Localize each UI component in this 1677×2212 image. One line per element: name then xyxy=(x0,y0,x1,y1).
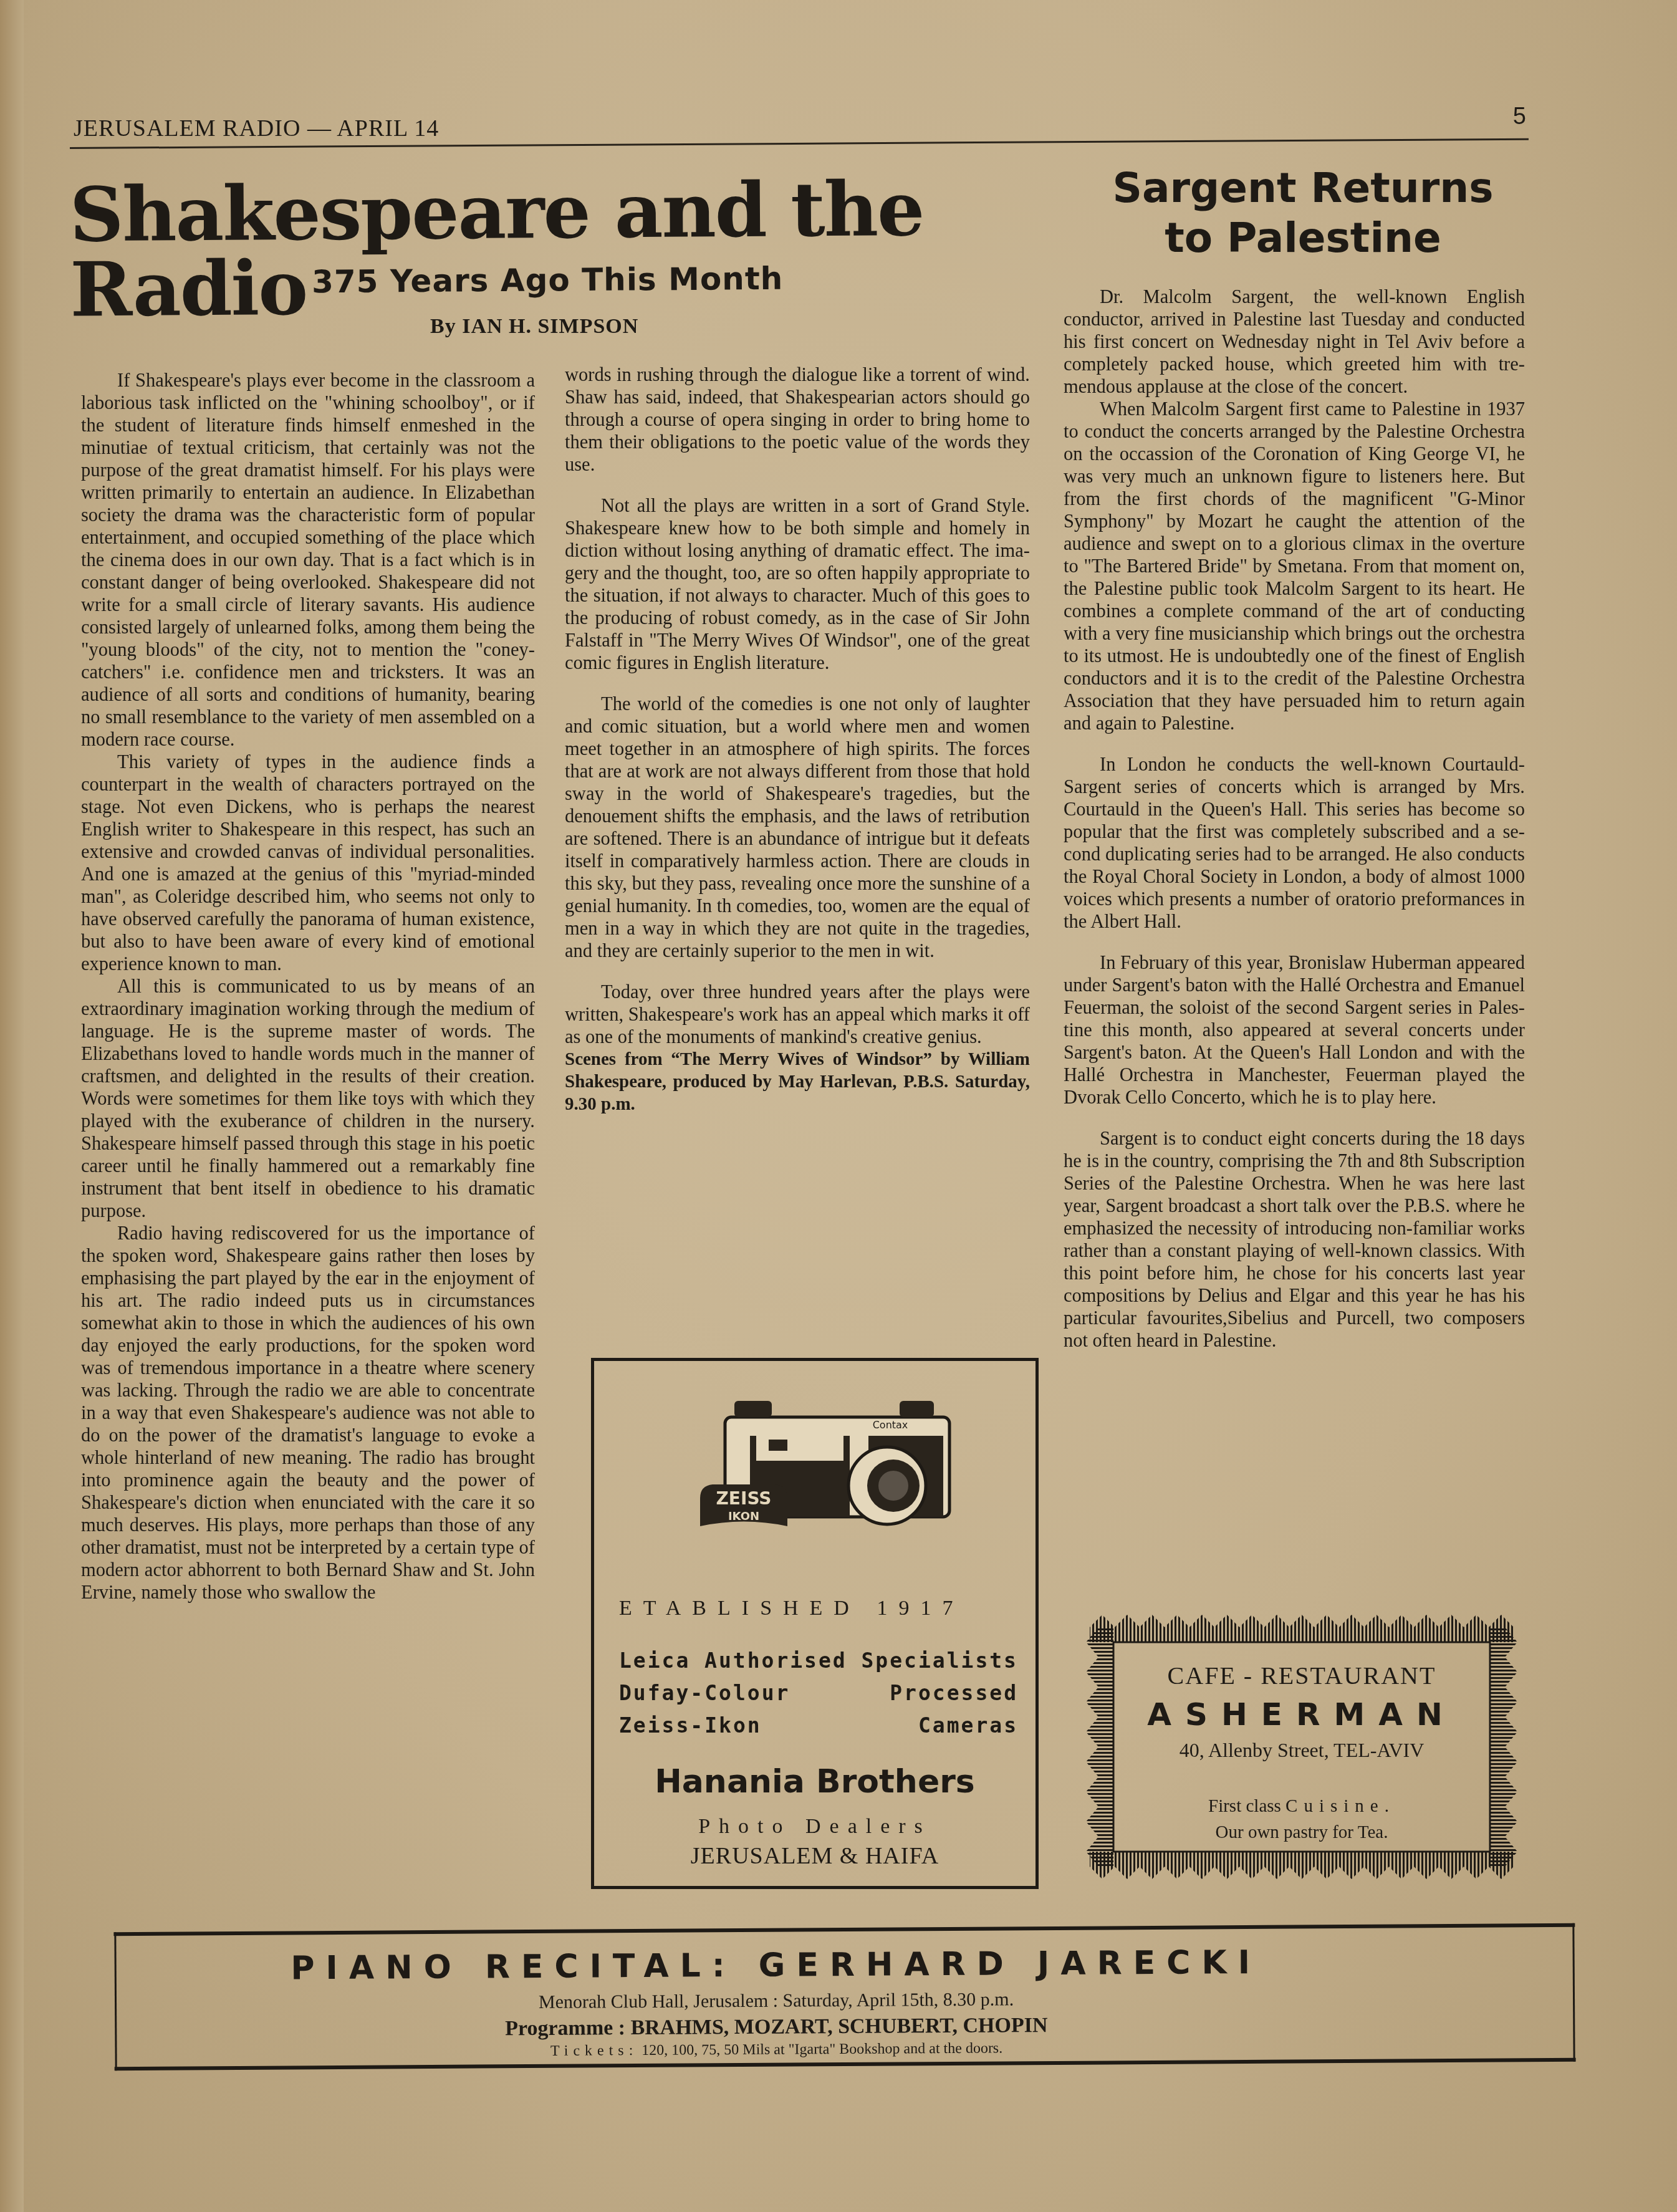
established-line: ETABLISHED 1917 xyxy=(619,1597,1018,1620)
tagline: Photo Dealers xyxy=(594,1815,1036,1839)
svg-text:IKON: IKON xyxy=(728,1510,759,1523)
asherman-restaurant-ad: CAFE - RESTAURANT ASHERMAN 40, Allenby S… xyxy=(1077,1602,1526,1892)
paragraph: words in rushing through the dialogue li… xyxy=(565,363,1030,476)
brand-name: Hanania Brothers xyxy=(594,1763,1036,1801)
paragraph: The world of the comedies is one not onl… xyxy=(565,693,1030,962)
camera-illustration-icon: ZEISS IKON Contax xyxy=(675,1392,962,1548)
page-number: 5 xyxy=(1513,103,1526,130)
paragraph: Dr. Malcolm Sargent, the well-known Eng­… xyxy=(1064,286,1525,398)
paragraph: In February of this year, Bronislaw Hube… xyxy=(1064,951,1525,1108)
ad-content: CAFE - RESTAURANT ASHERMAN 40, Allenby S… xyxy=(1113,1642,1490,1854)
paragraph: In London he conducts the well-known Cou… xyxy=(1064,753,1525,933)
sargent-article-title: Sargent Returns to Palestine xyxy=(1085,163,1521,263)
paragraph: When Malcolm Sargent first came to Pa­le… xyxy=(1064,398,1525,734)
paragraph: Not all the plays are written in a sort … xyxy=(565,494,1030,674)
hanania-brothers-ad: ZEISS IKON Contax ETABLISHED 1917 Leica … xyxy=(591,1358,1039,1889)
restaurant-address: 40, Allenby Street, TEL-AVIV xyxy=(1113,1739,1490,1762)
paragraph: This variety of types in the audience fi… xyxy=(81,751,535,975)
recital-venue: Menorah Club Hall, Jerusalem : Saturday,… xyxy=(117,1986,1573,2016)
sargent-article-column: Dr. Malcolm Sargent, the well-known Eng­… xyxy=(1064,286,1525,1352)
binding-edge xyxy=(0,0,24,2212)
cities: JERUSALEM & HAIFA xyxy=(594,1842,1036,1870)
broadcast-note: Scenes from “The Merry Wives of Windsor”… xyxy=(565,1048,1030,1115)
article-column-1: If Shakespeare's plays ever become in th… xyxy=(81,369,535,1604)
paragraph: Today, over three hundred years after th… xyxy=(565,981,1030,1048)
service-line: Zeiss-Ikon Cameras xyxy=(619,1709,1018,1742)
magazine-page: JERUSALEM RADIO — APRIL 14 5 Shakespeare… xyxy=(0,0,1677,2212)
ad-kicker: CAFE - RESTAURANT xyxy=(1113,1661,1490,1690)
services-list: Leica Authorised Specialists Dufay-Colou… xyxy=(619,1645,1018,1742)
restaurant-slogan: First class Cuisine. Our own pastry for … xyxy=(1113,1793,1490,1845)
paragraph: Sargent is to conduct eight concerts dur… xyxy=(1064,1127,1525,1352)
article-byline: By IAN H. SIMPSON xyxy=(430,315,638,339)
paragraph: All this is communicated to us by means … xyxy=(81,975,535,1222)
paragraph: If Shakespeare's plays ever become in th… xyxy=(81,369,535,751)
article-column-2: words in rushing through the dialogue li… xyxy=(565,363,1030,1115)
svg-text:ZEISS: ZEISS xyxy=(716,1488,772,1509)
article-subtitle: 375 Years Ago This Month xyxy=(312,260,873,300)
restaurant-name: ASHERMAN xyxy=(1113,1696,1490,1733)
article-title: Shakespeare and the Radio xyxy=(69,171,1043,328)
service-line: Leica Authorised Specialists xyxy=(619,1645,1018,1677)
title-line: to Palestine xyxy=(1085,213,1521,263)
svg-text:Contax: Contax xyxy=(873,1419,908,1431)
service-line: Dufay-Colour Processed xyxy=(619,1677,1018,1709)
piano-recital-announcement: PIANO RECITAL: GERHARD JARECKI Menorah C… xyxy=(114,1923,1575,2070)
recital-heading: PIANO RECITAL: GERHARD JARECKI xyxy=(117,1942,1573,1988)
running-title: JERUSALEM RADIO — APRIL 14 xyxy=(74,115,439,142)
paragraph: Radio having rediscovered for us the im­… xyxy=(81,1222,535,1604)
title-line: Sargent Returns xyxy=(1085,163,1521,213)
